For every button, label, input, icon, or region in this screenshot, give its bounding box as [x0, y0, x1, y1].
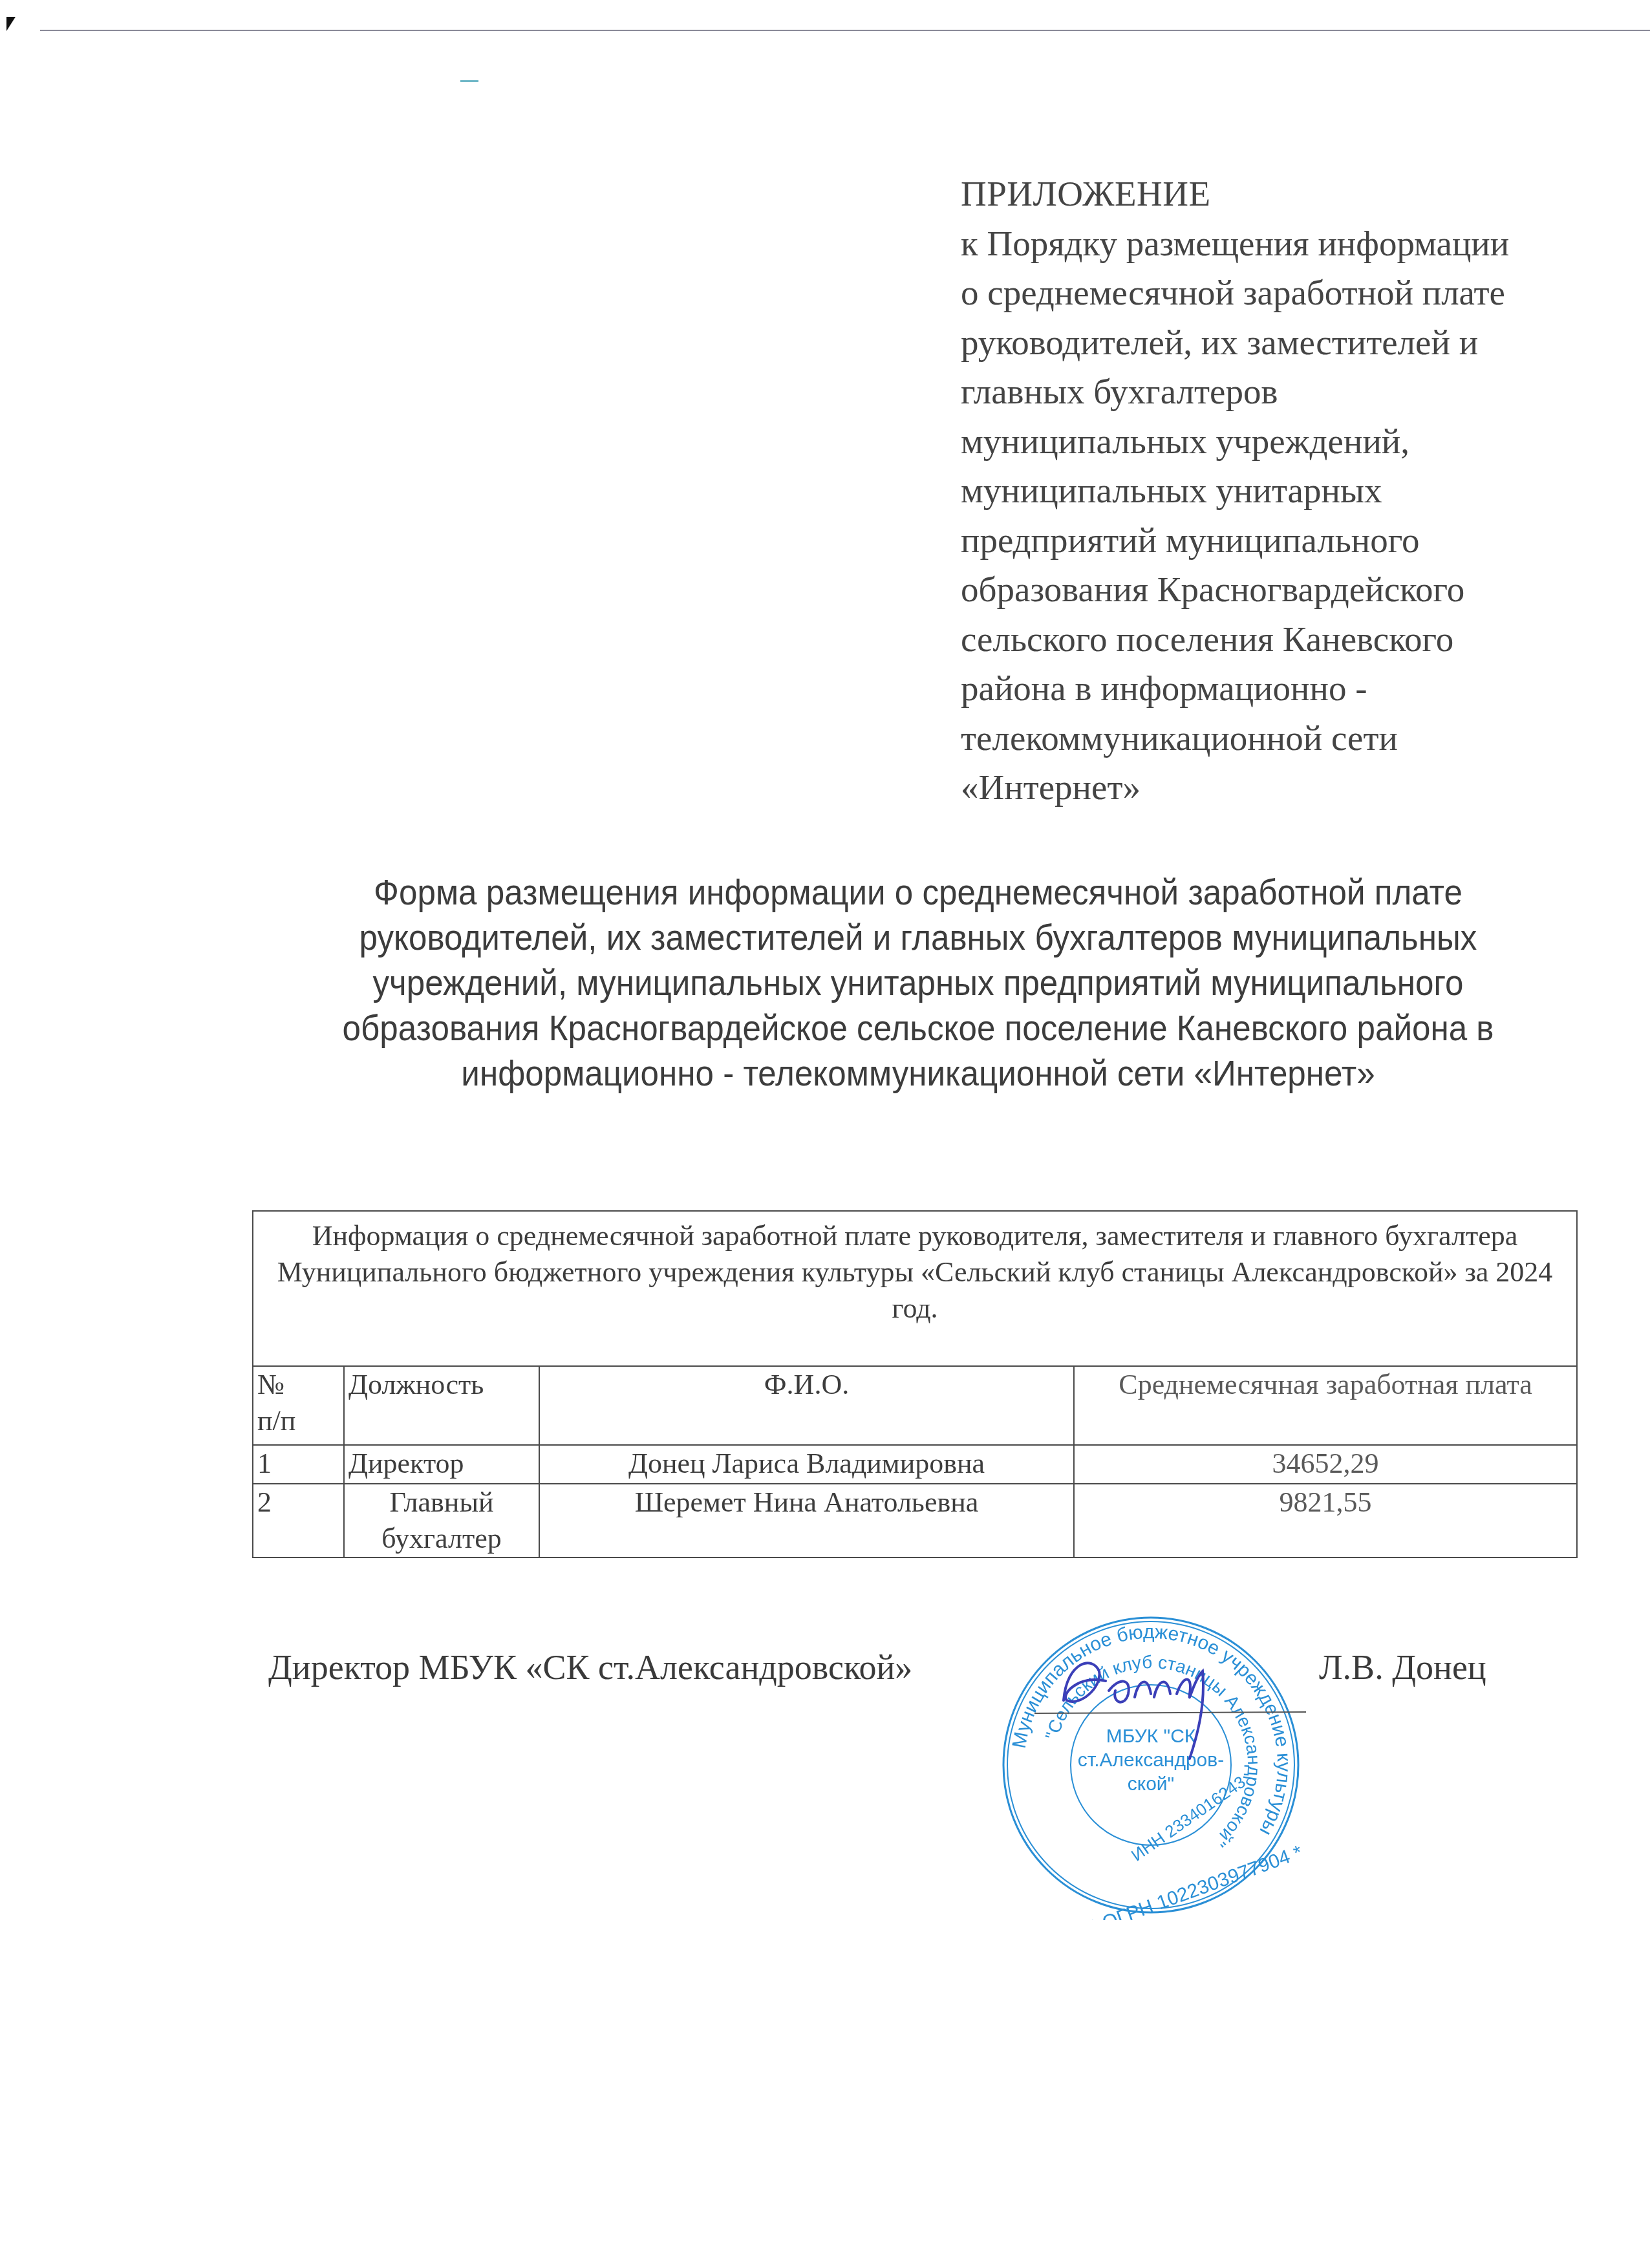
- table-header-row: № п/п Должность Ф.И.О. Среднемесячная за…: [253, 1366, 1577, 1445]
- form-heading: Форма размещения информации о среднемеся…: [329, 870, 1508, 1096]
- cell-num: 2: [253, 1484, 344, 1557]
- table-row: 1 Директор Донец Лариса Владимировна 346…: [253, 1445, 1577, 1484]
- appendix-line: сельского поселения Каневского: [961, 615, 1581, 665]
- appendix-line: к Порядку размещения информации: [961, 219, 1581, 269]
- signature-title: Директор МБУК «СК ст.Александровской»: [268, 1647, 912, 1687]
- svg-text:ст.Александров-: ст.Александров-: [1078, 1749, 1224, 1771]
- cell-name: Шеремет Нина Анатольевна: [539, 1484, 1074, 1557]
- cell-salary: 34652,29: [1074, 1445, 1577, 1484]
- cell-name: Донец Лариса Владимировна: [539, 1445, 1074, 1484]
- svg-text:* ОГРН 1022303977904 *: * ОГРН 1022303977904 *: [1087, 1841, 1305, 1920]
- form-heading-line: учреждений, муниципальных унитарных пред…: [329, 960, 1508, 1005]
- table-row: 2 Главный бухгалтер Шеремет Нина Анатоль…: [253, 1484, 1577, 1557]
- appendix-title: ПРИЛОЖЕНИЕ: [961, 169, 1581, 219]
- organization-stamp-icon: Муниципальное бюджетное учреждение культ…: [996, 1610, 1306, 1920]
- salary-table: Информация о среднемесячной заработной п…: [252, 1210, 1578, 1558]
- appendix-line: муниципальных унитарных: [961, 466, 1581, 516]
- scan-top-rule: [40, 30, 1650, 31]
- cell-position: Директор: [344, 1445, 539, 1484]
- cell-num: 1: [253, 1445, 344, 1484]
- table-caption: Информация о среднемесячной заработной п…: [253, 1211, 1577, 1366]
- scan-speck: [460, 80, 478, 82]
- header-position: Должность: [344, 1366, 539, 1445]
- header-num: № п/п: [253, 1366, 344, 1445]
- appendix-line: телекоммуникационной сети: [961, 714, 1581, 764]
- svg-text:МБУК "СК: МБУК "СК: [1106, 1726, 1196, 1747]
- appendix-line: главных бухгалтеров: [961, 367, 1581, 417]
- appendix-line: района в информационно -: [961, 664, 1581, 714]
- scan-corner-mark: [6, 17, 16, 31]
- form-heading-line: информационно - телекоммуникационной сет…: [329, 1051, 1508, 1096]
- form-heading-line: руководителей, их заместителей и главных…: [329, 915, 1508, 960]
- appendix-line: «Интернет»: [961, 763, 1581, 813]
- signer-name: Л.В. Донец: [1319, 1647, 1486, 1687]
- header-salary: Среднемесячная заработная плата: [1074, 1366, 1577, 1445]
- header-name: Ф.И.О.: [539, 1366, 1074, 1445]
- appendix-line: образования Красногвардейского: [961, 565, 1581, 615]
- appendix-line: предприятий муниципального: [961, 516, 1581, 566]
- appendix-block: ПРИЛОЖЕНИЕ к Порядку размещения информац…: [961, 169, 1581, 813]
- appendix-line: о среднемесячной заработной плате: [961, 268, 1581, 318]
- form-heading-line: Форма размещения информации о среднемеся…: [329, 870, 1508, 915]
- svg-text:ской": ской": [1128, 1773, 1175, 1795]
- cell-position: Главный бухгалтер: [344, 1484, 539, 1557]
- form-heading-line: образования Красногвардейское сельское п…: [329, 1005, 1508, 1051]
- cell-salary: 9821,55: [1074, 1484, 1577, 1557]
- table-caption-row: Информация о среднемесячной заработной п…: [253, 1211, 1577, 1366]
- appendix-line: руководителей, их заместителей и: [961, 318, 1581, 368]
- appendix-line: муниципальных учреждений,: [961, 417, 1581, 467]
